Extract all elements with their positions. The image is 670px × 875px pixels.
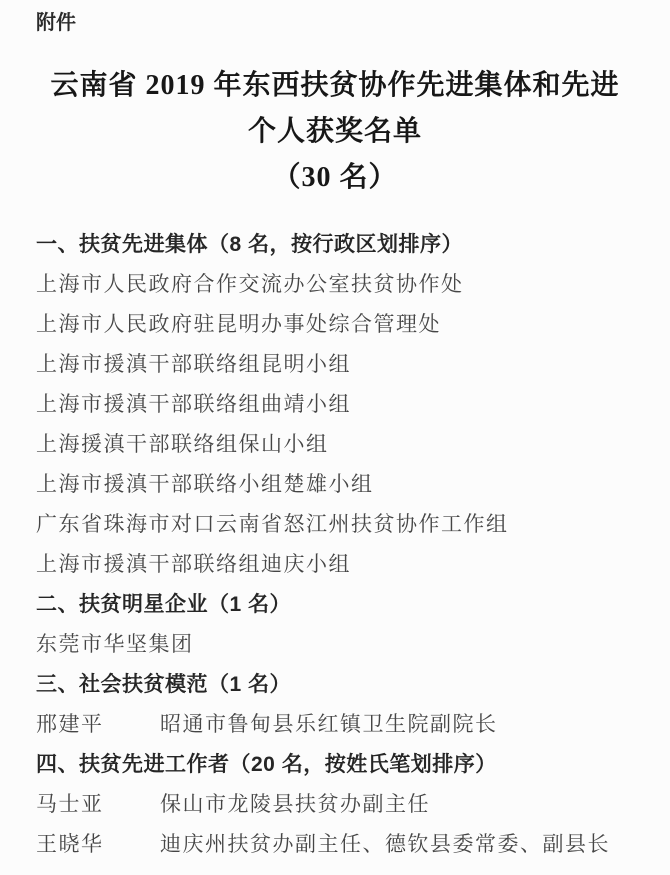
- person-title: 昭通市鲁甸县乐红镇卫生院副院长: [160, 708, 498, 738]
- title-line-1: 云南省 2019 年东西扶贫协作先进集体和先进: [0, 63, 670, 109]
- list-item: 上海援滇干部联络组保山小组: [36, 423, 640, 463]
- list-item: 上海市人民政府合作交流办公室扶贫协作处: [36, 263, 640, 303]
- list-item: 东莞市华坚集团: [36, 623, 640, 663]
- person-name: 马士亚: [36, 788, 160, 818]
- person-title: 保山市龙陵县扶贫办副主任: [160, 788, 430, 818]
- list-item: 上海市援滇干部联络组曲靖小组: [36, 383, 640, 423]
- attachment-label: 附件: [0, 0, 670, 35]
- person-row: 王晓华 迪庆州扶贫办副主任、德钦县委常委、副县长: [36, 823, 640, 863]
- title-line-2: 个人获奖名单: [0, 109, 670, 155]
- section-heading-2: 二、扶贫明星企业（1 名）: [36, 583, 640, 623]
- list-item: 上海市援滇干部联络组昆明小组: [36, 343, 640, 383]
- list-item: 上海市人民政府驻昆明办事处综合管理处: [36, 303, 640, 343]
- section-heading-4: 四、扶贫先进工作者（20 名，按姓氏笔划排序）: [36, 743, 640, 783]
- list-item: 上海市援滇干部联络组迪庆小组: [36, 543, 640, 583]
- person-row: 邢建平 昭通市鲁甸县乐红镇卫生院副院长: [36, 703, 640, 743]
- section-heading-3: 三、社会扶贫模范（1 名）: [36, 663, 640, 703]
- person-title: 迪庆州扶贫办副主任、德钦县委常委、副县长: [160, 828, 610, 858]
- title-count: （30 名）: [0, 155, 670, 201]
- person-name: 邢建平: [36, 708, 160, 738]
- award-list: 一、扶贫先进集体（8 名，按行政区划排序） 上海市人民政府合作交流办公室扶贫协作…: [0, 223, 670, 863]
- person-name: 王晓华: [36, 828, 160, 858]
- document-page: 附件 云南省 2019 年东西扶贫协作先进集体和先进 个人获奖名单 （30 名）…: [0, 0, 670, 875]
- document-title: 云南省 2019 年东西扶贫协作先进集体和先进 个人获奖名单 （30 名）: [0, 63, 670, 201]
- section-heading-1: 一、扶贫先进集体（8 名，按行政区划排序）: [36, 223, 640, 263]
- person-row: 马士亚 保山市龙陵县扶贫办副主任: [36, 783, 640, 823]
- list-item: 广东省珠海市对口云南省怒江州扶贫协作工作组: [36, 503, 640, 543]
- list-item: 上海市援滇干部联络小组楚雄小组: [36, 463, 640, 503]
